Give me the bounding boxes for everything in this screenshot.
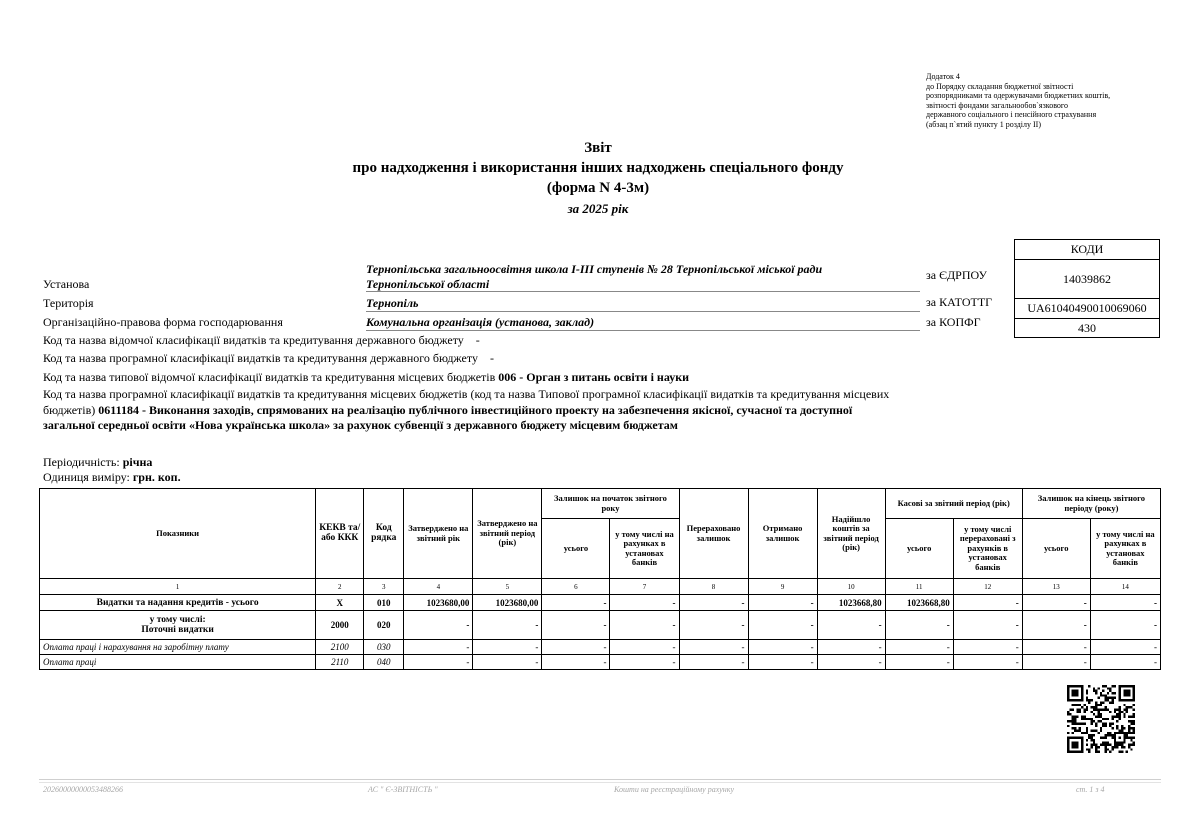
state-dept-classification: Код та назва відомчої класифікації видат… xyxy=(43,332,480,349)
header-approved-period: Затверджено на звітний період (рік) xyxy=(473,489,542,579)
periodicity-label: Періодичність: xyxy=(43,455,120,469)
katottg-code: UA61040490010069060 xyxy=(1015,299,1160,319)
row-value: - xyxy=(542,655,610,670)
header-balance-start: Залишок на початок звітного року xyxy=(542,489,679,519)
table-row: у тому числі:Поточні видатки2000020-----… xyxy=(40,611,1161,640)
column-number: 4 xyxy=(404,579,473,595)
territory-value: Тернопіль xyxy=(366,295,920,312)
row-value: - xyxy=(748,595,817,611)
qr-code-icon xyxy=(1067,685,1135,753)
local-dept-classification: Код та назва типової відомчої класифікац… xyxy=(43,369,689,386)
header-received-funds: Надійшло коштів за звітний період (рік) xyxy=(817,489,885,579)
column-number: 8 xyxy=(679,579,748,595)
column-number: 5 xyxy=(473,579,542,595)
kopfg-label: за КОПФГ xyxy=(926,315,981,330)
header-balance-start-banks: у тому числі на рахунках в установах бан… xyxy=(610,519,679,579)
header-balance-end-total: усього xyxy=(1022,519,1090,579)
state-prog-label: Код та назва програмної класифікації вид… xyxy=(43,351,478,365)
header-cash: Касові за звітний період (рік) xyxy=(885,489,1022,519)
row-value: - xyxy=(885,655,953,670)
row-value: - xyxy=(610,595,679,611)
row-value: - xyxy=(610,611,679,640)
local-prog-value: 0611184 - Виконання заходів, спрямованих… xyxy=(43,403,852,433)
header-indicators: Показники xyxy=(40,489,316,579)
row-kekv: 2100 xyxy=(316,640,364,655)
katottg-label: за КАТОТТГ xyxy=(926,295,992,310)
column-numbers-row: 1234567891011121314 xyxy=(40,579,1161,595)
row-value: - xyxy=(953,640,1022,655)
row-value: - xyxy=(679,655,748,670)
row-value: - xyxy=(679,611,748,640)
report-table: Показники КЕКВ та/або ККК Код рядка Затв… xyxy=(39,488,1161,670)
column-number: 6 xyxy=(542,579,610,595)
row-value: - xyxy=(1022,640,1090,655)
header-balance-end-banks: у тому числі на рахунках в установах бан… xyxy=(1090,519,1160,579)
row-value: 1023668,80 xyxy=(885,595,953,611)
row-value: - xyxy=(404,640,473,655)
header-row-code: Код рядка xyxy=(364,489,404,579)
column-number: 10 xyxy=(817,579,885,595)
row-value: - xyxy=(404,611,473,640)
institution-label: Установа xyxy=(43,277,89,292)
row-value: - xyxy=(748,655,817,670)
row-value: - xyxy=(679,640,748,655)
appendix-note: Додаток 4 до Порядку складання бюджетної… xyxy=(926,72,1110,130)
row-value: - xyxy=(542,611,610,640)
column-number: 14 xyxy=(1090,579,1160,595)
row-value: - xyxy=(542,595,610,611)
row-value: - xyxy=(1022,595,1090,611)
report-title: Звіт про надходження і використання інши… xyxy=(0,139,1196,219)
header-kekv: КЕКВ та/або ККК xyxy=(316,489,364,579)
row-value: - xyxy=(817,640,885,655)
territory-label: Територія xyxy=(43,296,94,311)
header-balance-end: Залишок на кінець звітного періоду (року… xyxy=(1022,489,1160,519)
table-row: Оплата праці2110040----------- xyxy=(40,655,1161,670)
row-code: 040 xyxy=(364,655,404,670)
local-dept-label: Код та назва типової відомчої класифікац… xyxy=(43,370,495,384)
row-value: - xyxy=(1090,640,1160,655)
row-value: - xyxy=(748,640,817,655)
row-value: - xyxy=(953,611,1022,640)
state-dept-value: - xyxy=(476,333,480,347)
column-number: 12 xyxy=(953,579,1022,595)
codes-header: КОДИ xyxy=(1015,240,1160,260)
row-value: - xyxy=(1022,611,1090,640)
column-number: 1 xyxy=(40,579,316,595)
row-value: - xyxy=(1090,655,1160,670)
column-number: 3 xyxy=(364,579,404,595)
state-prog-value: - xyxy=(490,351,494,365)
row-value: - xyxy=(1090,595,1160,611)
row-value: - xyxy=(473,655,542,670)
table-row: Оплата праці і нарахування на заробітну … xyxy=(40,640,1161,655)
header-balance-start-total: усього xyxy=(542,519,610,579)
title-form: (форма N 4-3м) xyxy=(0,178,1196,198)
column-number: 9 xyxy=(748,579,817,595)
row-code: 020 xyxy=(364,611,404,640)
column-number: 13 xyxy=(1022,579,1090,595)
row-code: 010 xyxy=(364,595,404,611)
row-label: Оплата праці і нарахування на заробітну … xyxy=(40,640,316,655)
state-dept-label: Код та назва відомчої класифікації видат… xyxy=(43,333,464,347)
kopfg-code: 430 xyxy=(1015,319,1160,338)
unit-label: Одиниця виміру: xyxy=(43,470,130,484)
header-approved-year: Затверджено на звітний рік xyxy=(404,489,473,579)
header-cash-total: усього xyxy=(885,519,953,579)
row-value: - xyxy=(542,640,610,655)
column-number: 7 xyxy=(610,579,679,595)
header-transferred-balance: Перераховано залишок xyxy=(679,489,748,579)
row-value: 1023680,00 xyxy=(404,595,473,611)
row-value: - xyxy=(610,655,679,670)
footer-doc-id: 20260000000053488266 xyxy=(43,785,123,794)
footer-page: ст. 1 з 4 xyxy=(1076,785,1105,794)
row-label: у тому числі:Поточні видатки xyxy=(40,611,316,640)
title-line2: про надходження і використання інших над… xyxy=(0,158,1196,178)
legal-form-value: Комунальна організація (установа, заклад… xyxy=(366,314,920,331)
institution-line2: Тернопільської області xyxy=(366,277,920,292)
local-dept-value: 006 - Орган з питань освіти і науки xyxy=(498,370,689,384)
row-value: - xyxy=(473,611,542,640)
edrpou-label: за ЄДРПОУ xyxy=(926,268,987,283)
row-value: - xyxy=(817,655,885,670)
row-label: Видатки та надання кредитів - усього xyxy=(40,595,316,611)
footer-system: АС " Є-ЗВІТНІСТЬ " xyxy=(368,785,438,794)
unit-value: грн. коп. xyxy=(133,470,181,484)
row-value: - xyxy=(679,595,748,611)
row-value: - xyxy=(1022,655,1090,670)
row-value: - xyxy=(404,655,473,670)
column-number: 2 xyxy=(316,579,364,595)
header-cash-banks: у тому числі перераховані з рахунків в у… xyxy=(953,519,1022,579)
row-value: 1023668,80 xyxy=(817,595,885,611)
legal-form-label: Організаційно-правова форма господарюван… xyxy=(43,315,283,330)
row-value: - xyxy=(473,640,542,655)
row-value: - xyxy=(885,640,953,655)
row-value: - xyxy=(953,595,1022,611)
row-value: 1023680,00 xyxy=(473,595,542,611)
table-row: Видатки та надання кредитів - усьогоX010… xyxy=(40,595,1161,611)
row-label-line1: у тому числі: xyxy=(43,615,312,625)
row-label-line2: Поточні видатки xyxy=(43,625,312,635)
row-value: - xyxy=(1090,611,1160,640)
unit-of-measure: Одиниця виміру: грн. коп. xyxy=(43,469,181,486)
institution-line1: Тернопільська загальноосвітня школа І-ІІ… xyxy=(366,262,920,277)
header-received-balance: Отримано залишок xyxy=(748,489,817,579)
row-value: - xyxy=(748,611,817,640)
row-kekv: X xyxy=(316,595,364,611)
column-number: 11 xyxy=(885,579,953,595)
periodicity-value: річна xyxy=(123,455,153,469)
local-prog-classification: Код та назва програмної класифікації вид… xyxy=(43,387,903,434)
row-label: Оплата праці xyxy=(40,655,316,670)
row-value: - xyxy=(953,655,1022,670)
row-kekv: 2000 xyxy=(316,611,364,640)
codes-table: КОДИ 14039862 UA61040490010069060 430 xyxy=(1014,239,1160,338)
row-code: 030 xyxy=(364,640,404,655)
row-kekv: 2110 xyxy=(316,655,364,670)
title-line1: Звіт xyxy=(0,139,1196,158)
state-prog-classification: Код та назва програмної класифікації вид… xyxy=(43,350,494,367)
row-value: - xyxy=(610,640,679,655)
edrpou-code: 14039862 xyxy=(1015,260,1160,299)
footer-note: Кошти на реєстраційному рахунку xyxy=(614,785,734,794)
title-period: за 2025 рік xyxy=(0,198,1196,219)
row-value: - xyxy=(817,611,885,640)
institution-value: Тернопільська загальноосвітня школа І-ІІ… xyxy=(366,262,920,292)
row-value: - xyxy=(885,611,953,640)
footer-divider xyxy=(39,779,1161,783)
